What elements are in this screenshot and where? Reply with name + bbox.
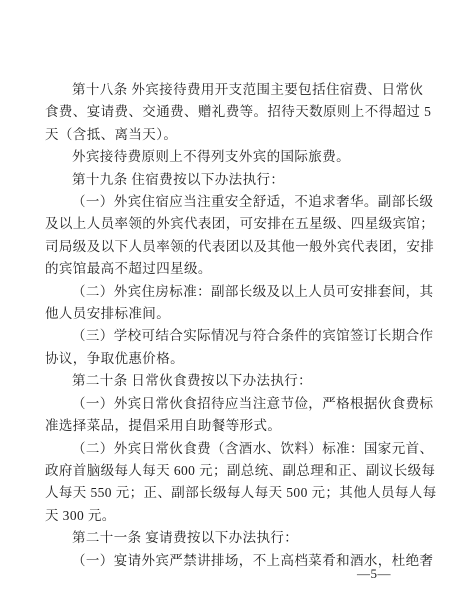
text-line: 天（含抵、离当天）。 [45,124,417,146]
text-line: （一）外宾住宿应当注重安全舒适，不追求奢华。副部长级 [45,191,417,213]
text-line: （二）外宾日常伙食费（含酒水、饮料）标准：国家元首、 [45,438,417,460]
document-page: 第十八条 外宾接待费用开支范围主要包括住宿费、日常伙 食费、宴请费、交通费、赠礼… [0,0,449,602]
text-line: （三）学校可结合实际情况与符合条件的宾馆签订长期合作 [45,325,417,347]
text-line: 外宾接待费原则上不得列支外宾的国际旅费。 [45,146,417,168]
text-line: 人每天 550 元；正、副部长级每人每天 500 元；其他人员每人每 [45,482,417,504]
text-line: 他人员安排标准间。 [45,303,417,325]
text-line: 准选择菜品，提倡采用自助餐等形式。 [45,415,417,437]
text-line: 协议，争取优惠价格。 [45,348,417,370]
text-line: 第二十一条 宴请费按以下办法执行： [45,527,417,549]
text-line: 第十八条 外宾接待费用开支范围主要包括住宿费、日常伙 [45,79,417,101]
text-line: 第二十条 日常伙食费按以下办法执行： [45,370,417,392]
text-line: （一）外宾日常伙食招待应当注意节俭，严格根据伙食费标 [45,393,417,415]
document-text-block: 第十八条 外宾接待费用开支范围主要包括住宿费、日常伙 食费、宴请费、交通费、赠礼… [45,79,417,572]
text-line: 第十九条 住宿费按以下办法执行： [45,169,417,191]
text-line: 食费、宴请费、交通费、赠礼费等。招待天数原则上不得超过 5 [45,101,417,123]
text-line: 及以上人员率领的外宾代表团，可安排在五星级、四星级宾馆； [45,213,417,235]
text-line: 天 300 元。 [45,505,417,527]
text-line: 政府首脑级每人每天 600 元；副总统、副总理和正、副议长级每 [45,460,417,482]
text-line: （二）外宾住房标准：副部长级及以上人员可安排套间，其 [45,281,417,303]
text-line: 的宾馆最高不超过四星级。 [45,258,417,280]
page-number: —5— [357,566,391,582]
text-line: 司局级及以下人员率领的代表团以及其他一般外宾代表团，安排 [45,236,417,258]
